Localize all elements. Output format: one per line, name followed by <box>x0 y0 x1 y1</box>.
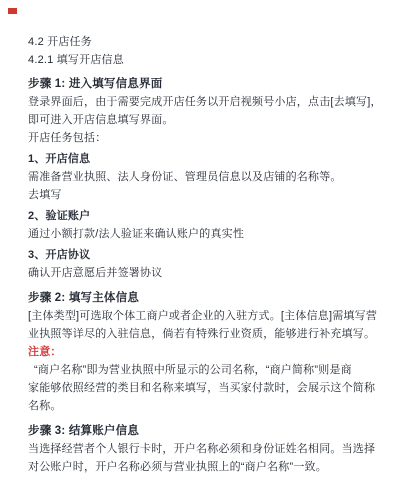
step-2-heading: 步骤 2: 填写主体信息 <box>28 289 386 307</box>
note-body: “商户名称”即为营业执照中所显示的公司名称，“商户简称”则是商 家能够依照经营的… <box>28 361 386 415</box>
task-2-title: 2、验证账户 <box>28 207 386 225</box>
note-label: 注意： <box>28 343 386 361</box>
step-1-heading: 步骤 1: 进入填写信息界面 <box>28 75 386 93</box>
step-1-body: 登录界面后，由于需要完成开店任务以开启视频号小店，点击[去填写]， 即可进入开店… <box>28 93 386 129</box>
step-3-heading: 步骤 3: 结算账户信息 <box>28 422 386 440</box>
task-3-title: 3、开店协议 <box>28 246 386 264</box>
step-2-body: [主体类型]可选取个体工商户或者企业的入驻方式。[主体信息]需填写营 业执照等详… <box>28 307 386 343</box>
task-1-title: 1、开店信息 <box>28 150 386 168</box>
step-3-body: 当选择经营者个人银行卡时，开户名称必须和身份证姓名相同。当选择 对公账户时，开户… <box>28 440 386 476</box>
task-1-desc: 需准备营业执照、法人身份证、管理员信息以及店铺的名称等。 <box>28 168 386 186</box>
go-fill-text: 去填写 <box>28 186 386 204</box>
subsection-number: 4.2.1 填写开店信息 <box>28 51 386 69</box>
store-tasks-intro: 开店任务包括： <box>28 129 386 147</box>
task-3-desc: 确认开店意愿后并签署协议 <box>28 264 386 282</box>
task-2-desc: 通过小额打款/法人验证来确认账户的真实性 <box>28 225 386 243</box>
section-number: 4.2 开店任务 <box>28 33 386 51</box>
document-page: 4.2 开店任务 4.2.1 填写开店信息 步骤 1: 进入填写信息界面 登录界… <box>0 0 400 476</box>
red-marker <box>8 8 17 14</box>
